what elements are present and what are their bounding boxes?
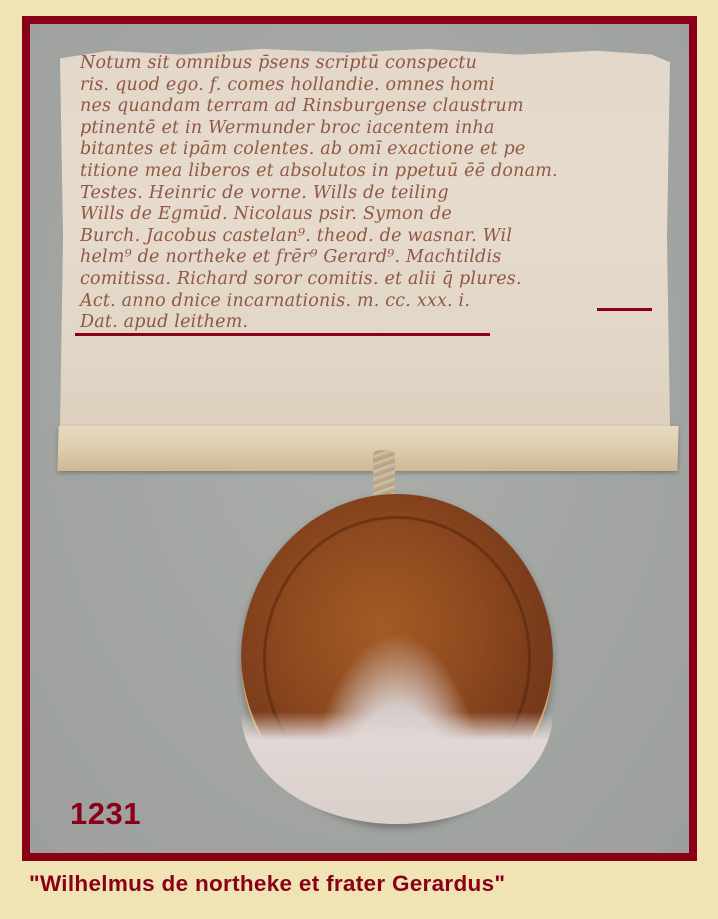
highlight-underline-wil: [597, 308, 652, 311]
charter-text: Notum sit omnibus p̄sens scriptū conspec…: [80, 53, 652, 334]
charter-line: Dat. apud leithem.: [80, 312, 652, 334]
charter-line: Burch. Jacobus castelan⁹. theod. de wasn…: [80, 226, 652, 248]
charter-parchment: Notum sit omnibus p̄sens scriptū conspec…: [60, 47, 670, 427]
charter-fold-strip: [57, 426, 678, 471]
charter-line: helm⁹ de northeke et frēr⁹ Gerard⁹. Mach…: [80, 247, 652, 269]
highlight-underline-helmus-gerardus: [75, 333, 490, 336]
charter-line: ptinentē et in Wermunder broc iacentem i…: [80, 118, 652, 140]
charter-line: ris. quod ego. f. comes hollandie. omnes…: [80, 75, 652, 97]
charter-line: titione mea liberos et absolutos in ppet…: [80, 161, 652, 183]
image-frame: Notum sit omnibus p̄sens scriptū conspec…: [22, 16, 697, 861]
charter-line: Wills de Egmūd. Nicolaus psir. Symon de: [80, 204, 652, 226]
caption: "Wilhelmus de northeke et frater Gerardu…: [0, 871, 718, 897]
charter-line: Act. anno dnice incarnationis. m. cc. xx…: [80, 291, 652, 313]
charter-line: Testes. Heinric de vorne. Wills de teili…: [80, 183, 652, 205]
year-label: 1231: [70, 796, 141, 832]
charter-line: Notum sit omnibus p̄sens scriptū conspec…: [80, 53, 652, 75]
charter-line: nes quandam terram ad Rinsburgense claus…: [80, 96, 652, 118]
charter-line: bitantes et ipām colentes. ab omī exacti…: [80, 139, 652, 161]
wax-seal: [241, 494, 553, 824]
charter-line: comitissa. Richard soror comitis. et ali…: [80, 269, 652, 291]
